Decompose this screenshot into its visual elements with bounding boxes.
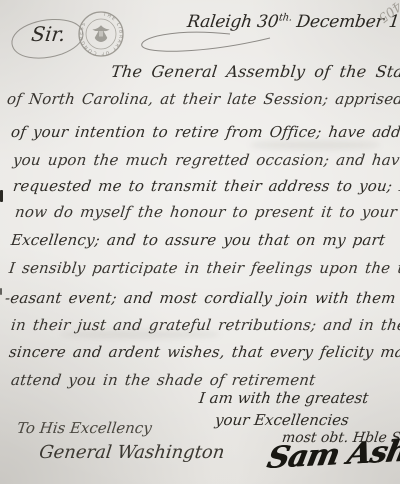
dateline-place-day: Raleigh 30: [186, 12, 280, 32]
body-line: -easant event; and most cordially join w…: [4, 289, 397, 307]
dateline: Raleigh 30th. December 1796: [186, 12, 400, 32]
body-line: you upon the much regretted occasion; an…: [12, 151, 400, 169]
body-line: I sensibly participate in their feelings…: [8, 259, 400, 277]
scanned-letter-page: Sir. THE LIBRARY OF CONGRESS Raleigh 30t…: [0, 0, 400, 484]
closing-line: your Excellencies: [214, 411, 350, 429]
body-line: requested me to transmit their address t…: [12, 177, 400, 195]
body-line: sincere and ardent wishes, that every fe…: [8, 343, 400, 361]
scan-smudge: [250, 140, 380, 150]
address-line: General Washington: [38, 442, 226, 463]
eagle-shield: [99, 31, 103, 37]
closing-line: I am with the greatest: [198, 389, 369, 407]
address-line: To His Excellency: [16, 419, 153, 437]
dateline-flourish: [134, 30, 274, 58]
body-line: attend you in the shade of retirement: [10, 371, 317, 389]
body-line: of your intention to retire from Office;…: [10, 123, 400, 141]
ink-speck: [0, 288, 2, 295]
signature: Sam Ashe: [264, 433, 400, 476]
body-line: The General Assembly of the State: [110, 62, 400, 81]
salutation: Sir.: [30, 22, 67, 46]
ink-speck: [0, 190, 3, 202]
library-of-congress-stamp: THE LIBRARY OF CONGRESS: [76, 9, 126, 59]
body-line: in their just and grateful retributions;…: [10, 316, 400, 334]
body-line: now do myself the honour to present it t…: [14, 203, 398, 221]
body-line: of North Carolina, at their late Session…: [6, 90, 400, 108]
body-line: Excellency; and to assure you that on my…: [10, 231, 386, 249]
